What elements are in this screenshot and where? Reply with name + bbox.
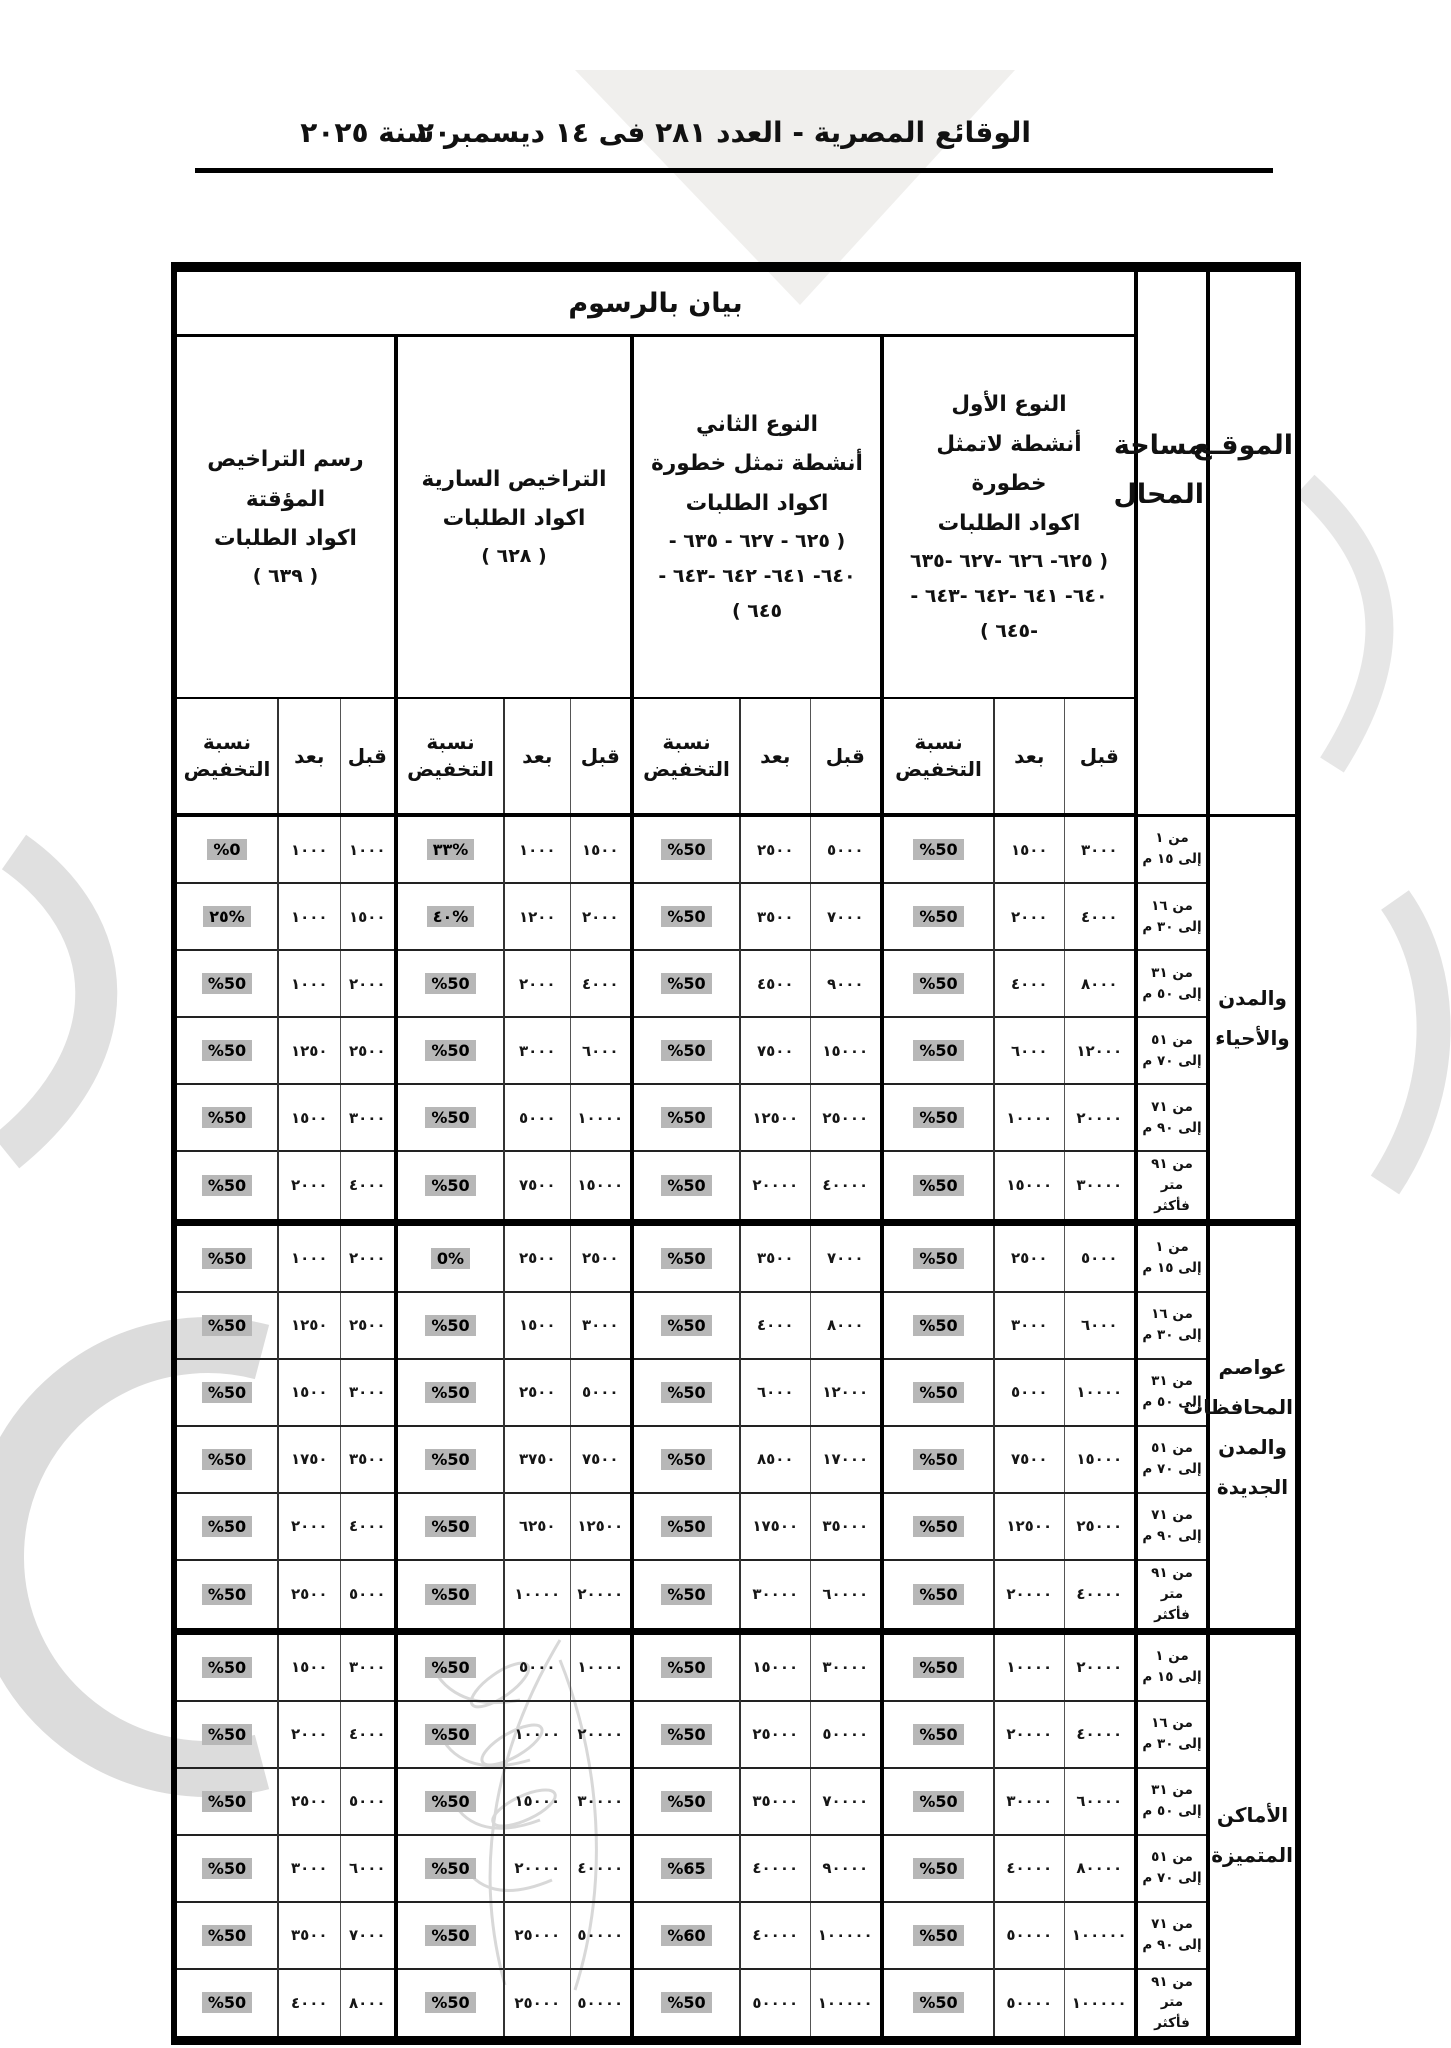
type1-after-cell: ٢٠٠٠ bbox=[994, 883, 1064, 950]
valid-after-cell: ٣٧٥٠ bbox=[504, 1426, 570, 1493]
temporary-after-cell: ٣٠٠٠ bbox=[278, 1835, 340, 1902]
discount-value: %50 bbox=[202, 973, 252, 994]
header-line: المؤقتة bbox=[179, 480, 392, 520]
type2-before-cell: ٢٥٠٠٠ bbox=[810, 1084, 882, 1151]
type1-before-cell: ٤٠٠٠ bbox=[1064, 883, 1136, 950]
type2-before-cell: ٧٠٠٠ bbox=[810, 1222, 882, 1292]
group-header-valid-licenses: التراخيص السارية اكواد الطلبات ( ٦٢٨ ) bbox=[396, 336, 632, 699]
type1-discount-cell: %50 bbox=[882, 1902, 994, 1969]
type1-after-cell: ٤٠٠٠ bbox=[994, 950, 1064, 1017]
type2-discount-cell: %50 bbox=[632, 1359, 740, 1426]
type2-discount-cell: %50 bbox=[632, 1426, 740, 1493]
valid-discount-cell: %50 bbox=[396, 1493, 504, 1560]
type2-after-cell: ٧٥٠٠ bbox=[740, 1017, 810, 1084]
type2-after-cell: ٨٥٠٠ bbox=[740, 1426, 810, 1493]
area-label: من ٩١ متر فأكثر bbox=[1136, 1151, 1208, 1222]
discount-value: %50 bbox=[661, 1382, 711, 1403]
discount-value: %50 bbox=[202, 1657, 252, 1678]
valid-after-cell: ١٥٠٠ bbox=[504, 1292, 570, 1359]
header-line: أنشطة لاتمثل bbox=[886, 425, 1132, 465]
valid-discount-cell: %50 bbox=[396, 1359, 504, 1426]
type1-discount-cell: %50 bbox=[882, 1493, 994, 1560]
temporary-before-cell: ٥٠٠٠ bbox=[340, 1768, 396, 1835]
type1-after-cell: ٢٠٠٠٠ bbox=[994, 1560, 1064, 1631]
type2-after-cell: ٣٥٠٠ bbox=[740, 1222, 810, 1292]
valid-after-cell: ١٠٠٠ bbox=[504, 815, 570, 883]
type1-after-cell: ١٥٠٠ bbox=[994, 815, 1064, 883]
temporary-after-cell: ٢٥٠٠ bbox=[278, 1560, 340, 1631]
temporary-discount-cell: %50 bbox=[174, 1017, 278, 1084]
type2-discount-cell: %50 bbox=[632, 1222, 740, 1292]
header-line: النوع الثاني bbox=[636, 405, 878, 445]
temporary-discount-cell: %50 bbox=[174, 1969, 278, 2041]
type1-before-cell: ١٠٠٠٠٠ bbox=[1064, 1969, 1136, 2041]
header-rule bbox=[195, 168, 1273, 173]
temporary-after-cell: ٤٠٠٠ bbox=[278, 1969, 340, 2041]
valid-after-cell: ٢٠٠٠ bbox=[504, 950, 570, 1017]
type1-discount-cell: %50 bbox=[882, 1292, 994, 1359]
temporary-before-cell: ٣٠٠٠ bbox=[340, 1359, 396, 1426]
fees-table-body: والمدن والأحياءمن ١ إلى ١٥ م٣٠٠٠١٥٠٠%50٥… bbox=[174, 815, 1298, 2041]
valid-before-cell: ١٥٠٠ bbox=[570, 815, 632, 883]
area-label: من ٩١ متر فأكثر bbox=[1136, 1969, 1208, 2041]
type1-after-cell: ٣٠٠٠٠ bbox=[994, 1768, 1064, 1835]
type1-before-cell: ١٥٠٠٠ bbox=[1064, 1426, 1136, 1493]
valid-after-cell: ٢٥٠٠ bbox=[504, 1359, 570, 1426]
discount-value: %50 bbox=[913, 1925, 963, 1946]
valid-before-cell: ٦٠٠٠ bbox=[570, 1017, 632, 1084]
temporary-discount-cell: %50 bbox=[174, 1222, 278, 1292]
type2-before-cell: ٥٠٠٠ bbox=[810, 815, 882, 883]
type1-after-cell: ٥٠٠٠٠ bbox=[994, 1902, 1064, 1969]
valid-after-cell: ١٠٠٠٠ bbox=[504, 1701, 570, 1768]
temporary-before-cell: ٤٠٠٠ bbox=[340, 1701, 396, 1768]
valid-before-cell: ١٥٠٠٠ bbox=[570, 1151, 632, 1222]
type1-before-cell: ٨٠٠٠ bbox=[1064, 950, 1136, 1017]
table-title-row: الموقـع مساحة المحال بيان بالرسوم bbox=[174, 267, 1298, 336]
discount-value: %50 bbox=[202, 1107, 252, 1128]
discount-value: %50 bbox=[913, 1791, 963, 1812]
fee-row: من ٩١ متر فأكثر٤٠٠٠٠٢٠٠٠٠%50٦٠٠٠٠٣٠٠٠٠%5… bbox=[174, 1560, 1298, 1631]
discount-value: %50 bbox=[202, 1516, 252, 1537]
valid-discount-cell: 0% bbox=[396, 1222, 504, 1292]
temporary-before-cell: ٨٠٠٠ bbox=[340, 1969, 396, 2041]
temporary-before-cell: ٤٠٠٠ bbox=[340, 1493, 396, 1560]
discount-value: %50 bbox=[425, 1791, 475, 1812]
group-header-type2-lines: النوع الثاني أنشطة تمثل خطورة اكواد الطل… bbox=[636, 405, 878, 630]
temporary-discount-cell: %50 bbox=[174, 1631, 278, 1701]
type1-after-cell: ١٠٠٠٠ bbox=[994, 1631, 1064, 1701]
header-codes-line: ( ٦٢٨ ) bbox=[400, 539, 628, 574]
type1-discount-cell: %50 bbox=[882, 950, 994, 1017]
type2-discount-cell: %50 bbox=[632, 1084, 740, 1151]
valid-discount-cell: %50 bbox=[396, 1426, 504, 1493]
temporary-after-cell: ١٠٠٠ bbox=[278, 815, 340, 883]
type2-before-cell: ١٧٠٠٠ bbox=[810, 1426, 882, 1493]
type2-after-cell: ٤٥٠٠ bbox=[740, 950, 810, 1017]
temporary-after-cell: ١٠٠٠ bbox=[278, 1222, 340, 1292]
type1-after-cell: ٧٥٠٠ bbox=[994, 1426, 1064, 1493]
type2-before-cell: ٧٠٠٠٠ bbox=[810, 1768, 882, 1835]
temporary-before-cell: ١٥٠٠ bbox=[340, 883, 396, 950]
subheader-after: بعد bbox=[740, 698, 810, 815]
discount-value: %50 bbox=[913, 1175, 963, 1196]
valid-discount-cell: %50 bbox=[396, 1084, 504, 1151]
discount-value: %50 bbox=[661, 1248, 711, 1269]
type1-after-cell: ٦٠٠٠ bbox=[994, 1017, 1064, 1084]
valid-before-cell: ١٠٠٠٠ bbox=[570, 1084, 632, 1151]
area-label: من ٥١ إلى ٧٠ م bbox=[1136, 1835, 1208, 1902]
area-label: من ٣١ إلى ٥٠ م bbox=[1136, 950, 1208, 1017]
discount-value: %50 bbox=[661, 1040, 711, 1061]
type2-discount-cell: %65 bbox=[632, 1835, 740, 1902]
fee-row: من ٥١ إلى ٧٠ م٨٠٠٠٠٤٠٠٠٠%50٩٠٠٠٠٤٠٠٠٠%65… bbox=[174, 1835, 1298, 1902]
type1-discount-cell: %50 bbox=[882, 1084, 994, 1151]
discount-value: %60 bbox=[661, 1925, 711, 1946]
temporary-before-cell: ٣٠٠٠ bbox=[340, 1631, 396, 1701]
type1-before-cell: ٨٠٠٠٠ bbox=[1064, 1835, 1136, 1902]
discount-value: %50 bbox=[661, 1175, 711, 1196]
subheader-before: قبل bbox=[340, 698, 396, 815]
discount-value: %50 bbox=[661, 1584, 711, 1605]
temporary-after-cell: ١٢٥٠ bbox=[278, 1292, 340, 1359]
type1-discount-cell: %50 bbox=[882, 1701, 994, 1768]
type2-discount-cell: %50 bbox=[632, 1493, 740, 1560]
fee-row: من ٩١ متر فأكثر٣٠٠٠٠١٥٠٠٠%50٤٠٠٠٠٢٠٠٠٠%5… bbox=[174, 1151, 1298, 1222]
temporary-discount-cell: %0 bbox=[174, 815, 278, 883]
type1-discount-cell: %50 bbox=[882, 883, 994, 950]
header-codes-line: ٦٤٠- ٦٤١- ٦٤٢ -٦٤٣ - bbox=[636, 559, 878, 594]
discount-value: %50 bbox=[202, 1925, 252, 1946]
discount-value: %50 bbox=[425, 1107, 475, 1128]
type1-discount-cell: %50 bbox=[882, 1017, 994, 1084]
discount-value: %50 bbox=[913, 1315, 963, 1336]
discount-value: %50 bbox=[661, 1107, 711, 1128]
header-line: اكواد الطلبات bbox=[636, 484, 878, 524]
type1-before-cell: ٢٠٠٠٠ bbox=[1064, 1631, 1136, 1701]
temporary-after-cell: ١٧٥٠ bbox=[278, 1426, 340, 1493]
valid-discount-cell: %50 bbox=[396, 950, 504, 1017]
temporary-discount-cell: %50 bbox=[174, 1701, 278, 1768]
type2-before-cell: ٥٠٠٠٠ bbox=[810, 1701, 882, 1768]
discount-value: %٢٥ bbox=[203, 906, 251, 927]
fee-row: من ٣١ إلى ٥٠ م١٠٠٠٠٥٠٠٠%50١٢٠٠٠٦٠٠٠%50٥٠… bbox=[174, 1359, 1298, 1426]
valid-discount-cell: %50 bbox=[396, 1701, 504, 1768]
discount-value: %50 bbox=[202, 1584, 252, 1605]
valid-after-cell: ١٥٠٠٠ bbox=[504, 1768, 570, 1835]
discount-value: %50 bbox=[425, 1925, 475, 1946]
subheader-after: بعد bbox=[504, 698, 570, 815]
valid-discount-cell: %50 bbox=[396, 1017, 504, 1084]
valid-discount-cell: %٤٠ bbox=[396, 883, 504, 950]
fee-row: من ٧١ إلى ٩٠ م٢٠٠٠٠١٠٠٠٠%50٢٥٠٠٠١٢٥٠٠%50… bbox=[174, 1084, 1298, 1151]
type2-after-cell: ٣٠٠٠٠ bbox=[740, 1560, 810, 1631]
valid-after-cell: ١٠٠٠٠ bbox=[504, 1560, 570, 1631]
discount-value: %50 bbox=[661, 1449, 711, 1470]
location-column-header: الموقـع bbox=[1208, 267, 1298, 815]
type2-after-cell: ٥٠٠٠٠ bbox=[740, 1969, 810, 2041]
valid-after-cell: ٢٥٠٠٠ bbox=[504, 1902, 570, 1969]
discount-value: %50 bbox=[661, 839, 711, 860]
valid-before-cell: ٣٠٠٠ bbox=[570, 1292, 632, 1359]
subheader-before: قبل bbox=[1064, 698, 1136, 815]
type1-after-cell: ٢٥٠٠ bbox=[994, 1222, 1064, 1292]
fee-row: من ٣١ إلى ٥٠ م٦٠٠٠٠٣٠٠٠٠%50٧٠٠٠٠٣٥٠٠٠%50… bbox=[174, 1768, 1298, 1835]
discount-value: %50 bbox=[913, 1107, 963, 1128]
area-label: من ١ إلى ١٥ م bbox=[1136, 1631, 1208, 1701]
type2-before-cell: ٩٠٠٠٠ bbox=[810, 1835, 882, 1902]
location-label: عواصم المحافظات والمدن الجديدة bbox=[1208, 1222, 1298, 1631]
type2-discount-cell: %50 bbox=[632, 1292, 740, 1359]
valid-discount-cell: %50 bbox=[396, 1151, 504, 1222]
type2-before-cell: ٦٠٠٠٠ bbox=[810, 1560, 882, 1631]
type2-before-cell: ٤٠٠٠٠ bbox=[810, 1151, 882, 1222]
discount-value: %50 bbox=[425, 1858, 475, 1879]
temporary-before-cell: ٢٥٠٠ bbox=[340, 1017, 396, 1084]
discount-value: %50 bbox=[202, 1791, 252, 1812]
temporary-after-cell: ١٠٠٠ bbox=[278, 883, 340, 950]
valid-discount-cell: %٣٣ bbox=[396, 815, 504, 883]
group-header-temporary-licenses: رسم التراخيص المؤقتة اكواد الطلبات ( ٦٣٩… bbox=[174, 336, 396, 699]
type2-before-cell: ٧٠٠٠ bbox=[810, 883, 882, 950]
header-line: أنشطة تمثل خطورة bbox=[636, 444, 878, 484]
area-label: من ٧١ إلى ٩٠ م bbox=[1136, 1084, 1208, 1151]
valid-discount-cell: %50 bbox=[396, 1631, 504, 1701]
type1-after-cell: ١٢٥٠٠ bbox=[994, 1493, 1064, 1560]
type2-after-cell: ٣٥٠٠٠ bbox=[740, 1768, 810, 1835]
type2-before-cell: ٩٠٠٠ bbox=[810, 950, 882, 1017]
temporary-discount-cell: %50 bbox=[174, 950, 278, 1017]
type1-discount-cell: %50 bbox=[882, 1969, 994, 2041]
temporary-discount-cell: %50 bbox=[174, 1359, 278, 1426]
header-line: اكواد الطلبات bbox=[179, 519, 392, 559]
header-codes-line: ( ٦٢٥- ٦٢٦ -٦٢٧ -٦٣٥ bbox=[886, 544, 1132, 579]
type1-before-cell: ١٢٠٠٠ bbox=[1064, 1017, 1136, 1084]
temporary-after-cell: ٢٠٠٠ bbox=[278, 1701, 340, 1768]
valid-discount-cell: %50 bbox=[396, 1292, 504, 1359]
discount-value: %50 bbox=[425, 1382, 475, 1403]
type1-after-cell: ١٥٠٠٠ bbox=[994, 1151, 1064, 1222]
temporary-discount-cell: %50 bbox=[174, 1768, 278, 1835]
type2-before-cell: ١٢٠٠٠ bbox=[810, 1359, 882, 1426]
area-column-header: مساحة المحال bbox=[1136, 267, 1208, 815]
area-label: من ١٦ إلى ٣٠ م bbox=[1136, 1701, 1208, 1768]
valid-after-cell: ٢٥٠٠٠ bbox=[504, 1969, 570, 2041]
discount-value: %50 bbox=[202, 1858, 252, 1879]
type2-after-cell: ١٢٥٠٠ bbox=[740, 1084, 810, 1151]
valid-before-cell: ٢٠٠٠ bbox=[570, 883, 632, 950]
valid-discount-cell: %50 bbox=[396, 1969, 504, 2041]
subheader-after: بعد bbox=[994, 698, 1064, 815]
gazette-title: الوقائع المصرية - العدد ٢٨١ فى ١٤ ديسمبر… bbox=[300, 116, 1031, 149]
discount-value: %50 bbox=[202, 1040, 252, 1061]
area-label: من ١ إلى ١٥ م bbox=[1136, 815, 1208, 883]
type2-discount-cell: %50 bbox=[632, 1768, 740, 1835]
valid-after-cell: ٢٥٠٠ bbox=[504, 1222, 570, 1292]
discount-value: %50 bbox=[661, 906, 711, 927]
type2-before-cell: ٣٥٠٠٠ bbox=[810, 1493, 882, 1560]
temporary-after-cell: ٢٥٠٠ bbox=[278, 1768, 340, 1835]
type1-after-cell: ١٠٠٠٠ bbox=[994, 1084, 1064, 1151]
area-label: من ٧١ إلى ٩٠ م bbox=[1136, 1493, 1208, 1560]
group-header-type1-lines: النوع الأول أنشطة لاتمثل خطورة اكواد الط… bbox=[886, 385, 1132, 649]
valid-before-cell: ١٠٠٠٠ bbox=[570, 1631, 632, 1701]
discount-value: %50 bbox=[913, 906, 963, 927]
discount-value: %٣٣ bbox=[427, 839, 475, 860]
discount-value: %50 bbox=[913, 1858, 963, 1879]
subheader-discount: نسبة التخفيض bbox=[396, 698, 504, 815]
type2-before-cell: ٣٠٠٠٠ bbox=[810, 1631, 882, 1701]
discount-value: %50 bbox=[425, 1657, 475, 1678]
discount-value: %50 bbox=[913, 1516, 963, 1537]
type2-after-cell: ١٥٠٠٠ bbox=[740, 1631, 810, 1701]
subheader-discount: نسبة التخفيض bbox=[882, 698, 994, 815]
discount-value: %50 bbox=[913, 1724, 963, 1745]
temporary-before-cell: ٤٠٠٠ bbox=[340, 1151, 396, 1222]
temporary-discount-cell: %50 bbox=[174, 1151, 278, 1222]
subheader-before: قبل bbox=[570, 698, 632, 815]
area-label: من ١ إلى ١٥ م bbox=[1136, 1222, 1208, 1292]
fee-row: من ٥١ إلى ٧٠ م١٥٠٠٠٧٥٠٠%50١٧٠٠٠٨٥٠٠%50٧٥… bbox=[174, 1426, 1298, 1493]
valid-before-cell: ٢٠٠٠٠ bbox=[570, 1560, 632, 1631]
type1-before-cell: ٥٠٠٠ bbox=[1064, 1222, 1136, 1292]
discount-value: %50 bbox=[425, 1449, 475, 1470]
header-line: خطورة bbox=[886, 464, 1132, 504]
type2-after-cell: ٢٠٠٠٠ bbox=[740, 1151, 810, 1222]
type1-discount-cell: %50 bbox=[882, 1631, 994, 1701]
fee-row: من ٣١ إلى ٥٠ م٨٠٠٠٤٠٠٠%50٩٠٠٠٤٥٠٠%50٤٠٠٠… bbox=[174, 950, 1298, 1017]
type1-before-cell: ٣٠٠٠ bbox=[1064, 815, 1136, 883]
location-label: الأماكن المتميزة bbox=[1208, 1631, 1298, 2041]
discount-value: %50 bbox=[661, 1516, 711, 1537]
temporary-before-cell: ٣٠٠٠ bbox=[340, 1084, 396, 1151]
discount-value: %50 bbox=[202, 1724, 252, 1745]
type1-before-cell: ٢٥٠٠٠ bbox=[1064, 1493, 1136, 1560]
temporary-after-cell: ١٥٠٠ bbox=[278, 1084, 340, 1151]
discount-value: %50 bbox=[913, 1248, 963, 1269]
temporary-discount-cell: %50 bbox=[174, 1426, 278, 1493]
type1-discount-cell: %50 bbox=[882, 1560, 994, 1631]
area-label: من ١٦ إلى ٣٠ م bbox=[1136, 1292, 1208, 1359]
watermark-swoosh-left bbox=[6, 852, 96, 1152]
group-header-valid-lines: التراخيص السارية اكواد الطلبات ( ٦٢٨ ) bbox=[400, 460, 628, 575]
discount-value: %50 bbox=[661, 1724, 711, 1745]
valid-before-cell: ٤٠٠٠٠ bbox=[570, 1835, 632, 1902]
type1-discount-cell: %50 bbox=[882, 1768, 994, 1835]
header-codes-line: ( ٦٣٩ ) bbox=[179, 559, 392, 594]
valid-after-cell: ٢٠٠٠٠ bbox=[504, 1835, 570, 1902]
valid-discount-cell: %50 bbox=[396, 1902, 504, 1969]
fee-row: الأماكن المتميزةمن ١ إلى ١٥ م٢٠٠٠٠١٠٠٠٠%… bbox=[174, 1631, 1298, 1701]
valid-discount-cell: %50 bbox=[396, 1835, 504, 1902]
discount-value: %50 bbox=[425, 1040, 475, 1061]
type2-discount-cell: %50 bbox=[632, 883, 740, 950]
discount-value: %50 bbox=[202, 1315, 252, 1336]
header-codes-line: ( ٦٢٥ - ٦٢٧ - ٦٣٥ - bbox=[636, 524, 878, 559]
temporary-after-cell: ١٠٠٠ bbox=[278, 950, 340, 1017]
fee-row: من ١٦ إلى ٣٠ م٤٠٠٠٢٠٠٠%50٧٠٠٠٣٥٠٠%50٢٠٠٠… bbox=[174, 883, 1298, 950]
type2-discount-cell: %50 bbox=[632, 815, 740, 883]
location-label: والمدن والأحياء bbox=[1208, 815, 1298, 1222]
temporary-discount-cell: %50 bbox=[174, 1084, 278, 1151]
type2-after-cell: ٣٥٠٠ bbox=[740, 883, 810, 950]
temporary-after-cell: ١٢٥٠ bbox=[278, 1017, 340, 1084]
discount-value: %50 bbox=[913, 1382, 963, 1403]
type2-discount-cell: %50 bbox=[632, 950, 740, 1017]
page-header: ٢٠ الوقائع المصرية - العدد ٢٨١ فى ١٤ ديس… bbox=[0, 108, 1451, 172]
temporary-before-cell: ٦٠٠٠ bbox=[340, 1835, 396, 1902]
type1-after-cell: ٥٠٠٠ bbox=[994, 1359, 1064, 1426]
valid-discount-cell: %50 bbox=[396, 1768, 504, 1835]
discount-value: 0% bbox=[431, 1248, 470, 1269]
valid-after-cell: ١٢٠٠ bbox=[504, 883, 570, 950]
temporary-discount-cell: %50 bbox=[174, 1560, 278, 1631]
type1-before-cell: ٦٠٠٠ bbox=[1064, 1292, 1136, 1359]
type1-after-cell: ٤٠٠٠٠ bbox=[994, 1835, 1064, 1902]
watermark-swoosh-right-2 bbox=[1385, 900, 1434, 1185]
discount-value: %50 bbox=[202, 1992, 252, 2013]
temporary-before-cell: ٣٥٠٠ bbox=[340, 1426, 396, 1493]
discount-value: %50 bbox=[202, 1175, 252, 1196]
sub-headers-row: قبل بعد نسبة التخفيض قبل بعد نسبة التخفي… bbox=[174, 698, 1298, 815]
type1-discount-cell: %50 bbox=[882, 1151, 994, 1222]
temporary-after-cell: ٣٥٠٠ bbox=[278, 1902, 340, 1969]
type2-discount-cell: %50 bbox=[632, 1017, 740, 1084]
type1-after-cell: ٣٠٠٠ bbox=[994, 1292, 1064, 1359]
type1-discount-cell: %50 bbox=[882, 1359, 994, 1426]
type1-discount-cell: %50 bbox=[882, 1835, 994, 1902]
valid-before-cell: ٢٥٠٠ bbox=[570, 1222, 632, 1292]
type2-before-cell: ١٥٠٠٠ bbox=[810, 1017, 882, 1084]
header-line: النوع الأول bbox=[886, 385, 1132, 425]
discount-value: %50 bbox=[661, 1791, 711, 1812]
valid-before-cell: ٥٠٠٠٠ bbox=[570, 1902, 632, 1969]
type1-after-cell: ٥٠٠٠٠ bbox=[994, 1969, 1064, 2041]
type2-after-cell: ٢٥٠٠ bbox=[740, 815, 810, 883]
type2-discount-cell: %50 bbox=[632, 1560, 740, 1631]
type2-discount-cell: %50 bbox=[632, 1969, 740, 2041]
valid-after-cell: ٣٠٠٠ bbox=[504, 1017, 570, 1084]
valid-before-cell: ١٢٥٠٠ bbox=[570, 1493, 632, 1560]
type1-discount-cell: %50 bbox=[882, 1222, 994, 1292]
area-label: من ١٦ إلى ٣٠ م bbox=[1136, 883, 1208, 950]
discount-value: %50 bbox=[913, 1449, 963, 1470]
type1-discount-cell: %50 bbox=[882, 1426, 994, 1493]
valid-after-cell: ٥٠٠٠ bbox=[504, 1084, 570, 1151]
subheader-after: بعد bbox=[278, 698, 340, 815]
discount-value: %50 bbox=[913, 973, 963, 994]
fee-row: عواصم المحافظات والمدن الجديدةمن ١ إلى ١… bbox=[174, 1222, 1298, 1292]
header-line: اكواد الطلبات bbox=[886, 504, 1132, 544]
temporary-before-cell: ١٠٠٠ bbox=[340, 815, 396, 883]
area-label: من ٩١ متر فأكثر bbox=[1136, 1560, 1208, 1631]
discount-value: %50 bbox=[425, 1516, 475, 1537]
discount-value: %50 bbox=[202, 1449, 252, 1470]
discount-value: %50 bbox=[661, 1992, 711, 2013]
discount-value: %50 bbox=[425, 1175, 475, 1196]
discount-value: %50 bbox=[202, 1248, 252, 1269]
discount-value: %50 bbox=[913, 1992, 963, 2013]
type2-discount-cell: %60 bbox=[632, 1902, 740, 1969]
group-header-temporary-lines: رسم التراخيص المؤقتة اكواد الطلبات ( ٦٣٩… bbox=[179, 440, 392, 594]
temporary-before-cell: ٢٥٠٠ bbox=[340, 1292, 396, 1359]
valid-before-cell: ٥٠٠٠ bbox=[570, 1359, 632, 1426]
temporary-discount-cell: %50 bbox=[174, 1292, 278, 1359]
type1-after-cell: ٢٠٠٠٠ bbox=[994, 1701, 1064, 1768]
discount-value: %65 bbox=[661, 1858, 711, 1879]
type2-discount-cell: %50 bbox=[632, 1631, 740, 1701]
discount-value: %50 bbox=[661, 1315, 711, 1336]
